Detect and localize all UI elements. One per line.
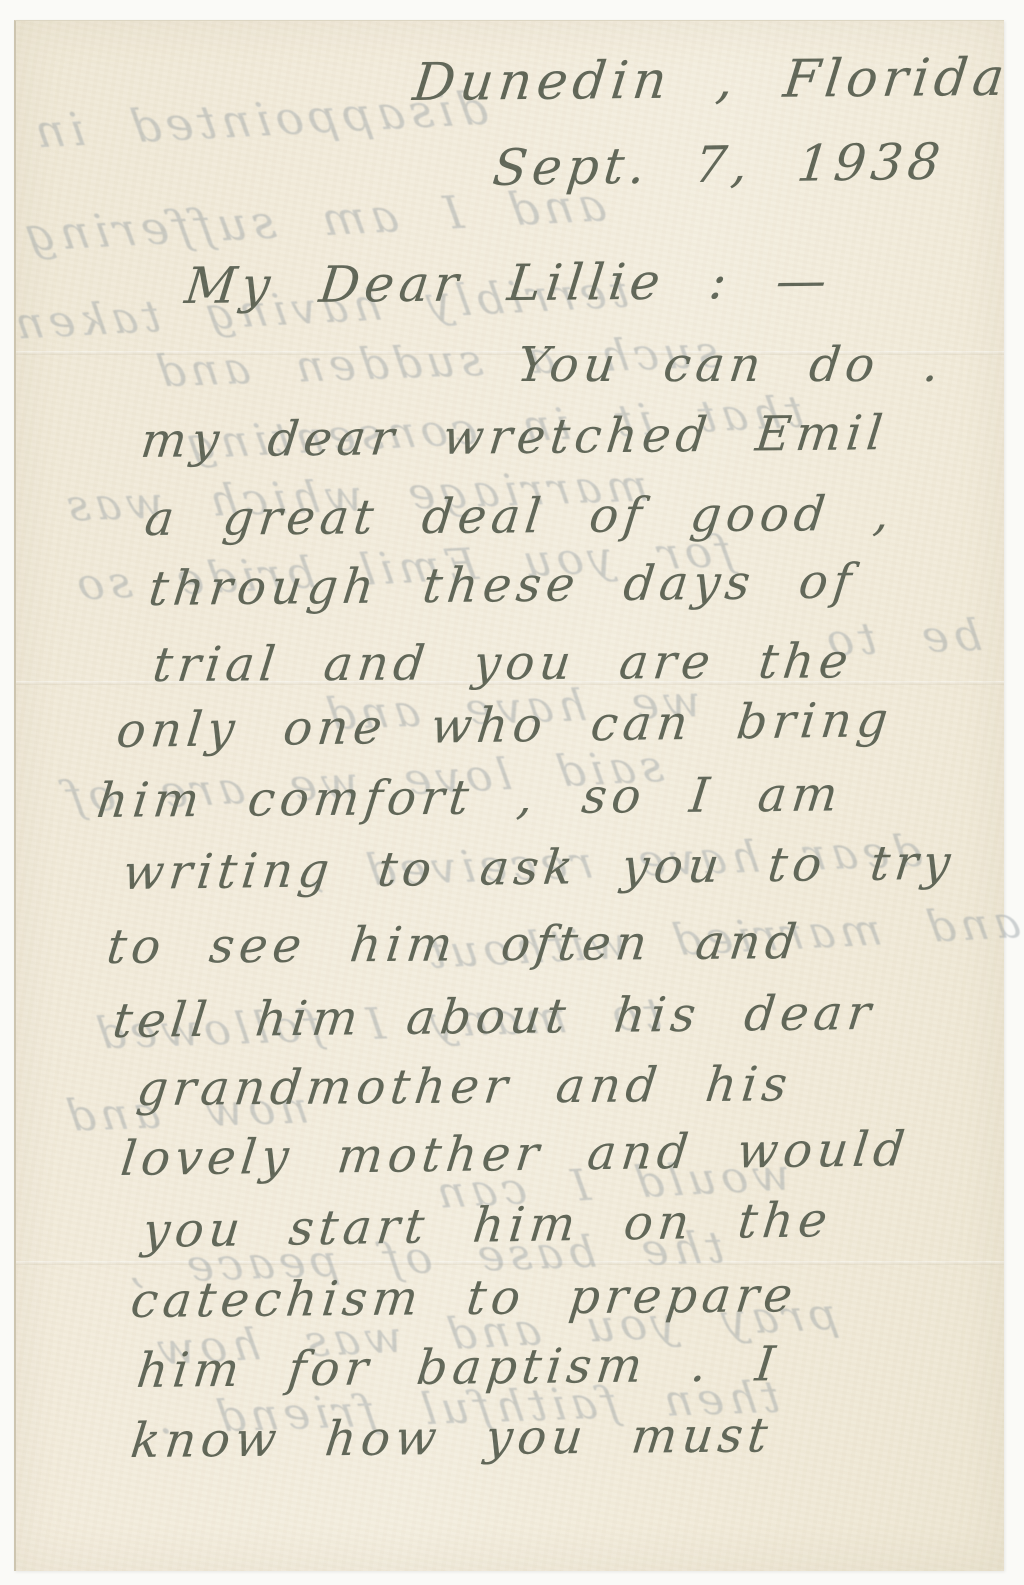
letter-line: you start him on the	[140, 1192, 835, 1259]
letter-line: trial and you are the	[150, 633, 856, 693]
letter-line: You can do .	[514, 337, 947, 393]
letter-line: my dear wretched Emil	[138, 405, 890, 469]
letter-line: him comfort , so I am	[94, 766, 846, 829]
scan-background: disappointed inand I am sufferingterribl…	[0, 0, 1024, 1585]
letter-line: a great deal of good ,	[142, 486, 898, 547]
letter-line: grandmother and his	[134, 1056, 795, 1117]
date-line: Sept. 7, 1938	[490, 133, 948, 197]
letter-line: catechism to prepare	[128, 1267, 800, 1329]
letter-line: to see him often and	[104, 914, 804, 975]
letter-line: him for baptism . I	[134, 1336, 783, 1399]
letter-line: lovely mother and would	[118, 1121, 912, 1187]
letter-line: writing to ask you to try	[120, 835, 958, 901]
letter-page: disappointed inand I am sufferingterribl…	[14, 20, 1004, 1571]
fold-crease	[16, 1261, 1004, 1265]
salutation: My Dear Lillie : —	[182, 251, 835, 315]
place-line: Dunedin , Florida	[410, 48, 1012, 113]
letter-line: only one who can bring	[114, 692, 896, 759]
letter-line: through these days of	[146, 554, 859, 617]
letter-line: know how you must	[128, 1407, 775, 1469]
letter-line: tell him about his dear	[110, 985, 878, 1049]
